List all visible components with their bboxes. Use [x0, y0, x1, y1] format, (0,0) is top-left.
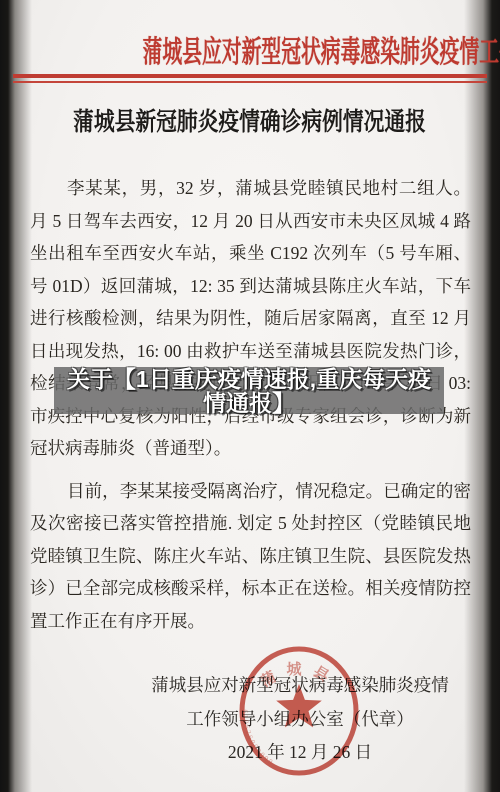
overlay-text-line1: 关于【1日重庆疫情速报,重庆每天疫	[67, 367, 431, 391]
body-line: 目前，李某某接受隔离治疗，情况稳定。已确定的密接	[30, 475, 471, 508]
official-seal: 蒲城县 610526000099	[236, 644, 362, 778]
header-org-band: 蒲城县应对新型冠状病毒感染肺炎疫情工作领导小组办公室	[10, 27, 490, 71]
seal-star	[276, 684, 322, 727]
body-line: 党睦镇卫生院、陈庄火车站、陈庄镇卫生院、县医院发热门	[30, 540, 471, 573]
watermark-overlay-bar: 关于【1日重庆疫情速报,重庆每天疫 情通报】	[54, 367, 444, 414]
body-line: 冠状病毒肺炎（普通型）。	[30, 432, 471, 465]
header-rule-thin	[13, 81, 487, 83]
body-line: 进行核酸检测，结果为阴性，随后居家隔离，直至 12 月 25	[30, 302, 471, 335]
body-line: 及次密接已落实管控措施. 划定 5 处封控区（党睦镇民地村、	[30, 507, 471, 540]
document-title: 蒲城县新冠肺炎疫情确诊病例情况通报	[74, 102, 427, 138]
overlay-text-line2: 情通报】	[203, 391, 295, 415]
body-line: 号 01D）返回蒲城，12: 35 到达蒲城县陈庄火车站，下车后	[30, 270, 471, 303]
paragraph-2: 目前，李某某接受隔离治疗，情况稳定。已确定的密接 及次密接已落实管控措施. 划定…	[30, 475, 471, 638]
document-photo: 蒲城县应对新型冠状病毒感染肺炎疫情工作领导小组办公室 蒲城县新冠肺炎疫情确诊病例…	[0, 0, 500, 792]
body-line: 李某某，男，32 岁，蒲城县党睦镇民地村二组人。12	[30, 172, 471, 205]
body-line: 月 5 日驾车去西安，12 月 20 日从西安市未央区凤城 4 路乘	[30, 205, 471, 238]
body-line: 置工作正在有序开展。	[30, 605, 471, 638]
body-line: 日出现发热，16: 00 由救护车送至蒲城县医院发热门诊，核	[30, 335, 471, 368]
header-rule-thick	[13, 74, 487, 78]
body-line: 坐出租车至西安火车站，乘坐 C192 次列车（5 号车厢、座位	[30, 237, 471, 270]
body-line: 诊）已全部完成核酸采样，标本正在送检。相关疫情防控处	[30, 572, 471, 605]
header-org-name: 蒲城县应对新型冠状病毒感染肺炎疫情工作领导小组办公室	[143, 27, 500, 71]
paragraph-1: 李某某，男，32 岁，蒲城县党睦镇民地村二组人。12 月 5 日驾车去西安，12…	[30, 172, 471, 465]
document-title-row: 蒲城县新冠肺炎疫情确诊病例情况通报	[0, 102, 500, 138]
